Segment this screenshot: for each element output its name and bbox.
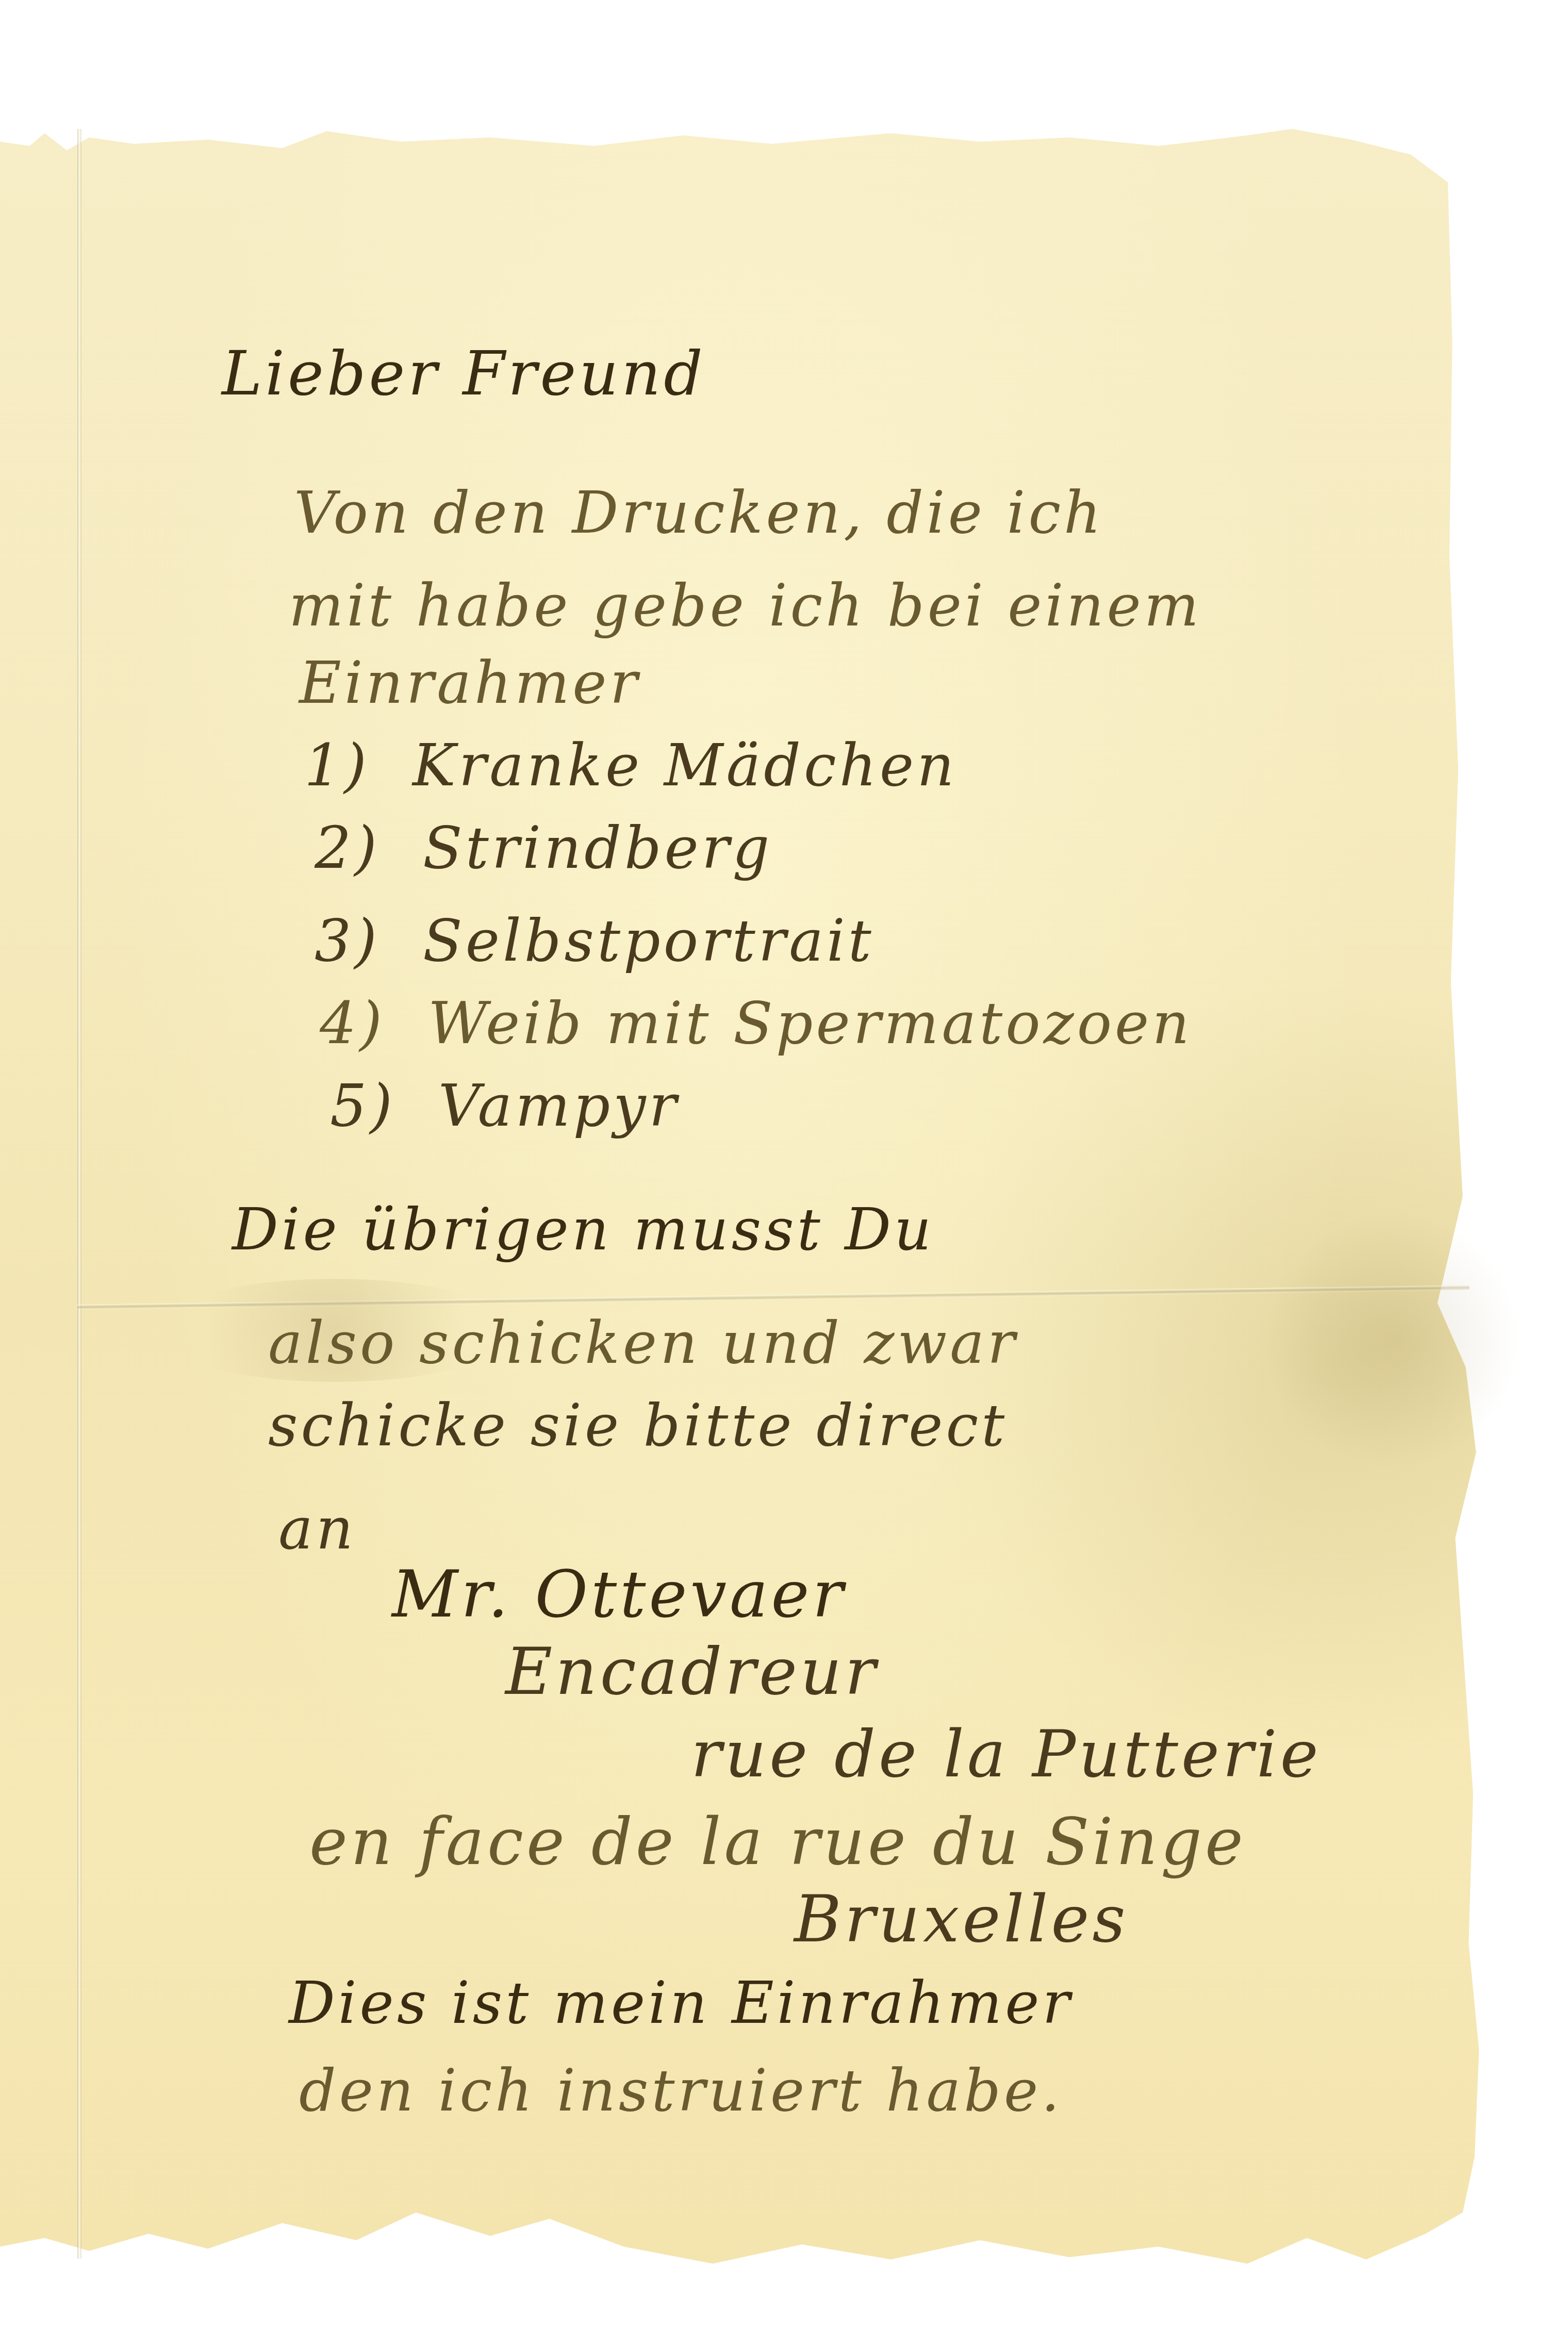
list-item: 4)Weib mit Spermatozoen <box>320 990 1193 1057</box>
vertical-fold-line <box>77 129 81 2258</box>
address-profession: Encadreur <box>505 1635 879 1709</box>
list-title: Selbstportrait <box>423 908 874 975</box>
address-landmark: en face de la rue du Singe <box>309 1805 1246 1880</box>
salutation: Lieber Freund <box>222 338 706 409</box>
instructions-line-2: also schicken und zwar <box>268 1310 1018 1377</box>
list-title: Weib mit Spermatozoen <box>428 990 1193 1057</box>
list-title: Strindberg <box>423 815 772 882</box>
list-number: 5) <box>330 1073 438 1140</box>
intro-line-2: mit habe gebe ich bei einem <box>289 572 1202 639</box>
paper-stain <box>1263 1212 1521 1470</box>
instructions-line-1: Die übrigen musst Du <box>232 1196 934 1263</box>
instructions-line-3: schicke sie bitte direct <box>268 1392 1008 1459</box>
list-item: 1)Kranke Mädchen <box>304 732 957 799</box>
list-number: 3) <box>315 908 423 975</box>
instructions-line-4: an <box>278 1495 356 1562</box>
address-name: Mr. Ottevaer <box>392 1557 846 1632</box>
list-title: Kranke Mädchen <box>412 732 957 799</box>
list-title: Vampyr <box>438 1073 680 1140</box>
list-number: 1) <box>304 732 412 799</box>
address-city: Bruxelles <box>794 1882 1129 1957</box>
address-street: rue de la Putterie <box>691 1717 1322 1792</box>
list-item: 2)Strindberg <box>315 815 772 882</box>
list-number: 2) <box>315 815 423 882</box>
intro-line-1: Von den Drucken, die ich <box>294 480 1104 547</box>
intro-line-3: Einrahmer <box>299 650 640 717</box>
list-item: 5)Vampyr <box>330 1073 680 1140</box>
list-item: 3)Selbstportrait <box>315 908 874 975</box>
closing-line-1: Dies ist mein Einrahmer <box>289 1970 1073 2037</box>
closing-line-2: den ich instruiert habe. <box>299 2057 1063 2124</box>
list-number: 4) <box>320 990 428 1057</box>
